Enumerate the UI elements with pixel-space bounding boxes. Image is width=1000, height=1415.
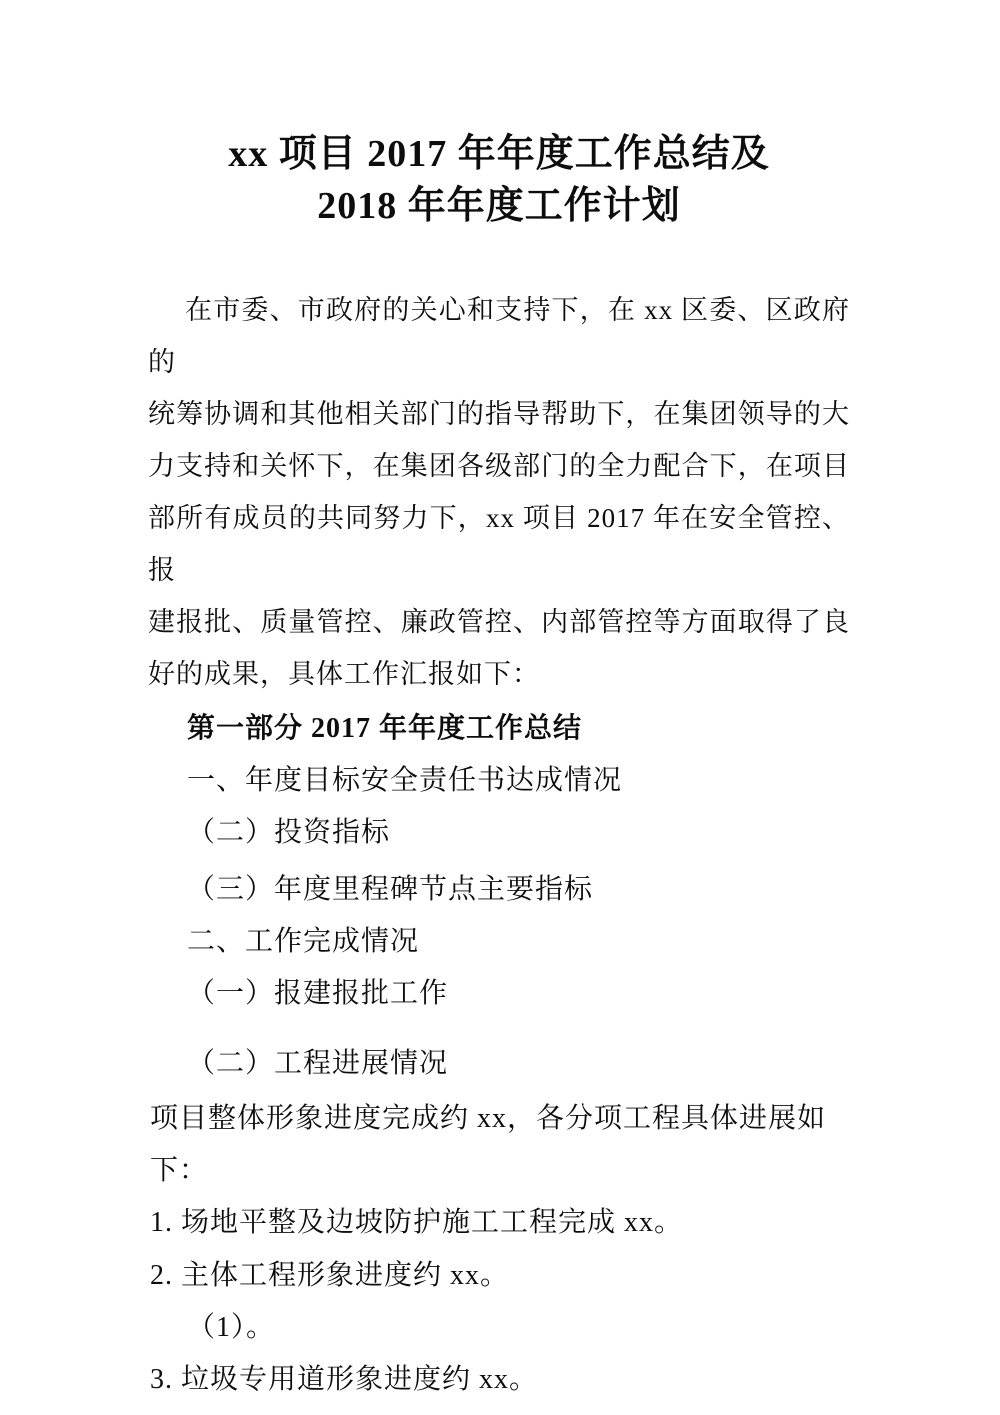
intro-paragraph: 在市委、市政府的关心和支持下，在 xx 区委、区政府的 统筹协调和其他相关部门的… — [148, 284, 850, 700]
document-content: xx 项目 2017 年年度工作总结及 2018 年年度工作计划 在市委、市政府… — [148, 0, 850, 1406]
paragraph-line-5: 建报批、质量管控、廉政管控、内部管控等方面取得了良 — [148, 596, 850, 648]
title-line-2: 2018 年年度工作计划 — [148, 180, 850, 232]
section-heading-part-one: 第一部分 2017 年年度工作总结 — [148, 703, 850, 755]
paragraph-line-1: 在市委、市政府的关心和支持下，在 xx 区委、区政府的 — [148, 284, 850, 388]
outline-item-annual-goals: 一、年度目标安全责任书达成情况 — [148, 755, 850, 807]
progress-item-1: 1. 场地平整及边坡防护施工工程完成 xx。 — [148, 1197, 850, 1249]
paragraph-line-6: 好的成果，具体工作汇报如下： — [148, 648, 850, 700]
outline-item-project-progress: （二）工程进展情况 — [148, 1038, 850, 1090]
outline-item-milestone-indicators: （三）年度里程碑节点主要指标 — [148, 864, 850, 916]
document-title: xx 项目 2017 年年度工作总结及 2018 年年度工作计划 — [148, 128, 850, 232]
paragraph-line-4: 部所有成员的共同努力下，xx 项目 2017 年在安全管控、报 — [148, 492, 850, 596]
progress-item-3: 3. 垃圾专用道形象进度约 xx。 — [148, 1354, 850, 1406]
outline-item-approval-work: （一）报建报批工作 — [148, 968, 850, 1020]
outline-item-work-completion: 二、工作完成情况 — [148, 916, 850, 968]
paragraph-line-2: 统筹协调和其他相关部门的指导帮助下，在集团领导的大 — [148, 388, 850, 440]
document-page: xx 项目 2017 年年度工作总结及 2018 年年度工作计划 在市委、市政府… — [0, 0, 1000, 1415]
outline-item-investment-indicators: （二）投资指标 — [148, 807, 850, 859]
paragraph-line-3: 力支持和关怀下，在集团各级部门的全力配合下，在项目 — [148, 440, 850, 492]
progress-subitem-1: （1）。 — [148, 1302, 850, 1354]
title-line-1: xx 项目 2017 年年度工作总结及 — [148, 128, 850, 180]
progress-summary-line: 项目整体形象进度完成约 xx，各分项工程具体进展如下： — [148, 1093, 850, 1197]
document-outline: 第一部分 2017 年年度工作总结 一、年度目标安全责任书达成情况 （二）投资指… — [148, 703, 850, 1406]
progress-item-2: 2. 主体工程形象进度约 xx。 — [148, 1250, 850, 1302]
